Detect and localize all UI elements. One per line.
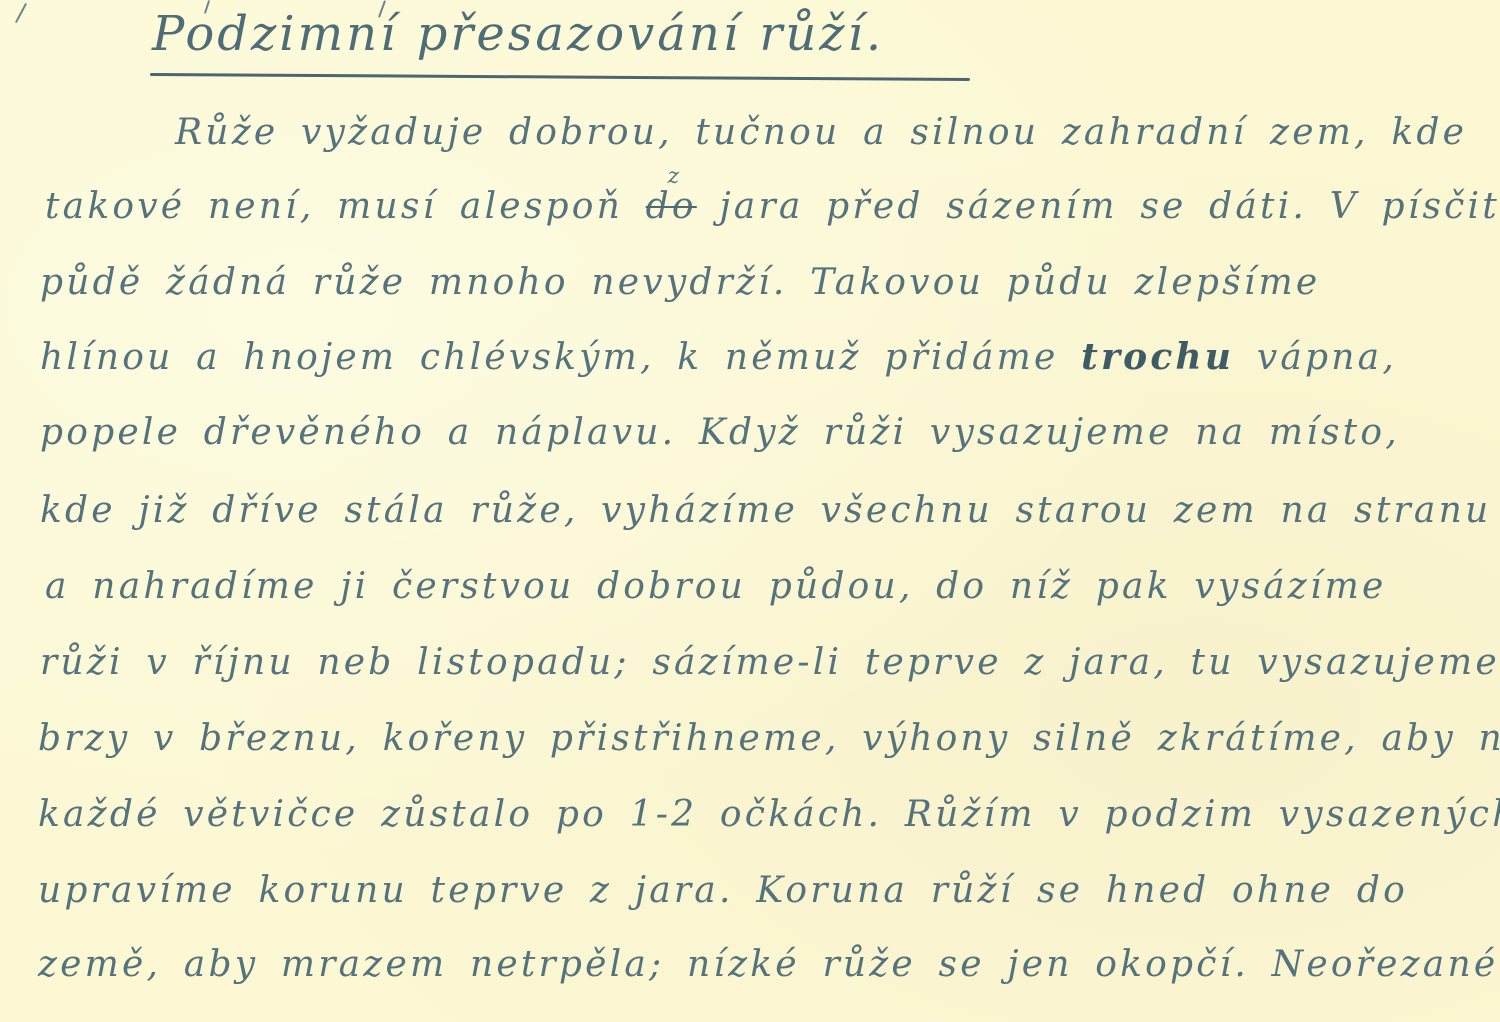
text-line-10: každé větvičce zůstalo po 1-2 očkách. Rů…	[38, 794, 1500, 835]
text-line-5: popele dřevěného a náplavu. Když růži vy…	[40, 412, 1400, 453]
text-line-9: brzy v březnu, kořeny přistřihneme, výho…	[38, 718, 1500, 759]
text-line-4-part-b: vápna,	[1257, 337, 1397, 378]
text-line-12: země, aby mrazem netrpěla; nízké růže se…	[38, 944, 1500, 985]
emphasized-word: trochu	[1081, 336, 1234, 378]
text-line-3: půdě žádná růže mnoho nevydrží. Takovou …	[40, 262, 1320, 303]
text-line-8: růži v říjnu neb listopadu; sázíme-li te…	[40, 642, 1500, 683]
handwritten-page: Podzimní přesazování růží. Růže vyžaduje…	[0, 0, 1500, 1022]
struck-word: do	[646, 186, 697, 227]
text-line-11: upravíme korunu teprve z jara. Koruna rů…	[38, 870, 1408, 911]
text-line-2-part-a: takové není, musí alespoň	[45, 186, 623, 227]
text-line-4: hlínou a hnojem chlévským, k němuž přidá…	[40, 336, 1397, 378]
inserted-word: z	[668, 164, 680, 189]
text-line-4-part-a: hlínou a hnojem chlévským, k němuž přidá…	[40, 337, 1058, 378]
text-line-1: Růže vyžaduje dobrou, tučnou a silnou za…	[175, 112, 1467, 153]
text-line-2-part-b: jara před sázením se dáti. V písčité	[719, 186, 1500, 227]
title-underline	[150, 73, 970, 81]
text-line-6: kde již dříve stála růže, vyházíme všech…	[40, 490, 1491, 531]
page-title: Podzimní přesazování růží.	[152, 6, 884, 62]
text-line-7: a nahradíme ji čerstvou dobrou půdou, do…	[45, 566, 1387, 607]
correction-mark: do z	[646, 186, 697, 227]
stray-pen-mark	[15, 3, 27, 23]
text-line-2: takové není, musí alespoň do z jara před…	[45, 186, 1500, 227]
